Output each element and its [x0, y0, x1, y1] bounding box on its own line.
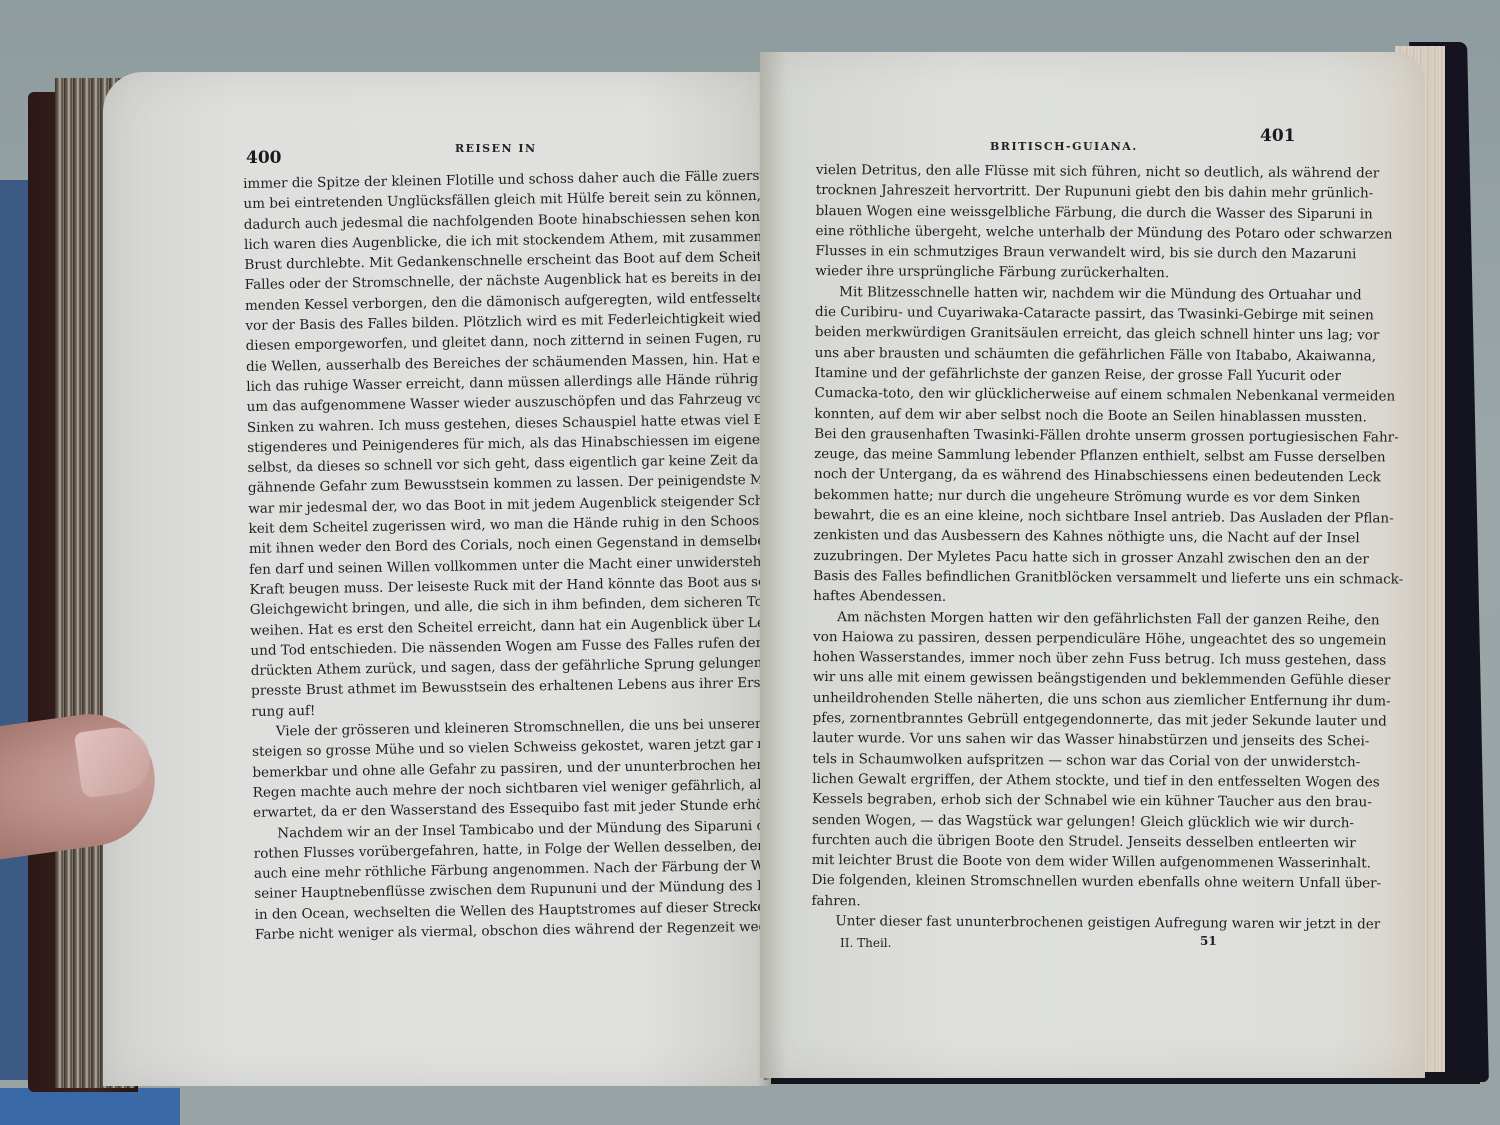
- text-line: Die folgenden, kleinen Stromschnellen wu…: [812, 870, 1330, 893]
- text-line: wir uns alle mit einem gewissen beängsti…: [813, 667, 1331, 690]
- running-header-right: BRITISCH-GUIANA.: [990, 140, 1138, 153]
- text-line: trocknen Jahreszeit hervortritt. Der Rup…: [816, 180, 1334, 203]
- background-blue-book: [0, 1088, 180, 1125]
- right-page[interactable]: 401 BRITISCH-GUIANA. vielen Detritus, de…: [760, 52, 1425, 1078]
- text-line: wieder ihre ursprüngliche Färbung zurück…: [815, 261, 1333, 284]
- text-line: Kessels begraben, erhob sich der Schnabe…: [812, 789, 1330, 812]
- page-number-right: 401: [1260, 126, 1296, 146]
- text-line: Cumacka-toto, den wir glücklicherweise a…: [815, 383, 1333, 406]
- text-line: Unter dieser fast ununterbrochenen geist…: [811, 911, 1329, 934]
- left-page-body: immer die Spitze der kleinen Flotille un…: [243, 166, 737, 945]
- signature-label: II. Theil.: [840, 936, 891, 950]
- text-line: senden Wogen, — das Wagstück war gelunge…: [812, 809, 1330, 832]
- right-page-body: vielen Detritus, den alle Flüsse mit sic…: [811, 160, 1334, 934]
- page-number-left: 400: [246, 148, 282, 168]
- text-line: zenkisten und das Ausbessern des Kahnes …: [814, 525, 1332, 548]
- text-line: beiden merkwürdigen Granitsäulen erreich…: [815, 322, 1333, 345]
- text-line: lauter wurde. Vor uns sahen wir das Wass…: [812, 728, 1330, 751]
- running-header-left: REISEN IN: [455, 142, 537, 155]
- left-page[interactable]: 400 REISEN IN immer die Spitze der klein…: [103, 72, 771, 1086]
- text-line: haftes Abendessen.: [813, 586, 1331, 609]
- text-line: noch der Untergang, da es während des Hi…: [814, 464, 1332, 487]
- signature-number: 51: [1200, 934, 1217, 948]
